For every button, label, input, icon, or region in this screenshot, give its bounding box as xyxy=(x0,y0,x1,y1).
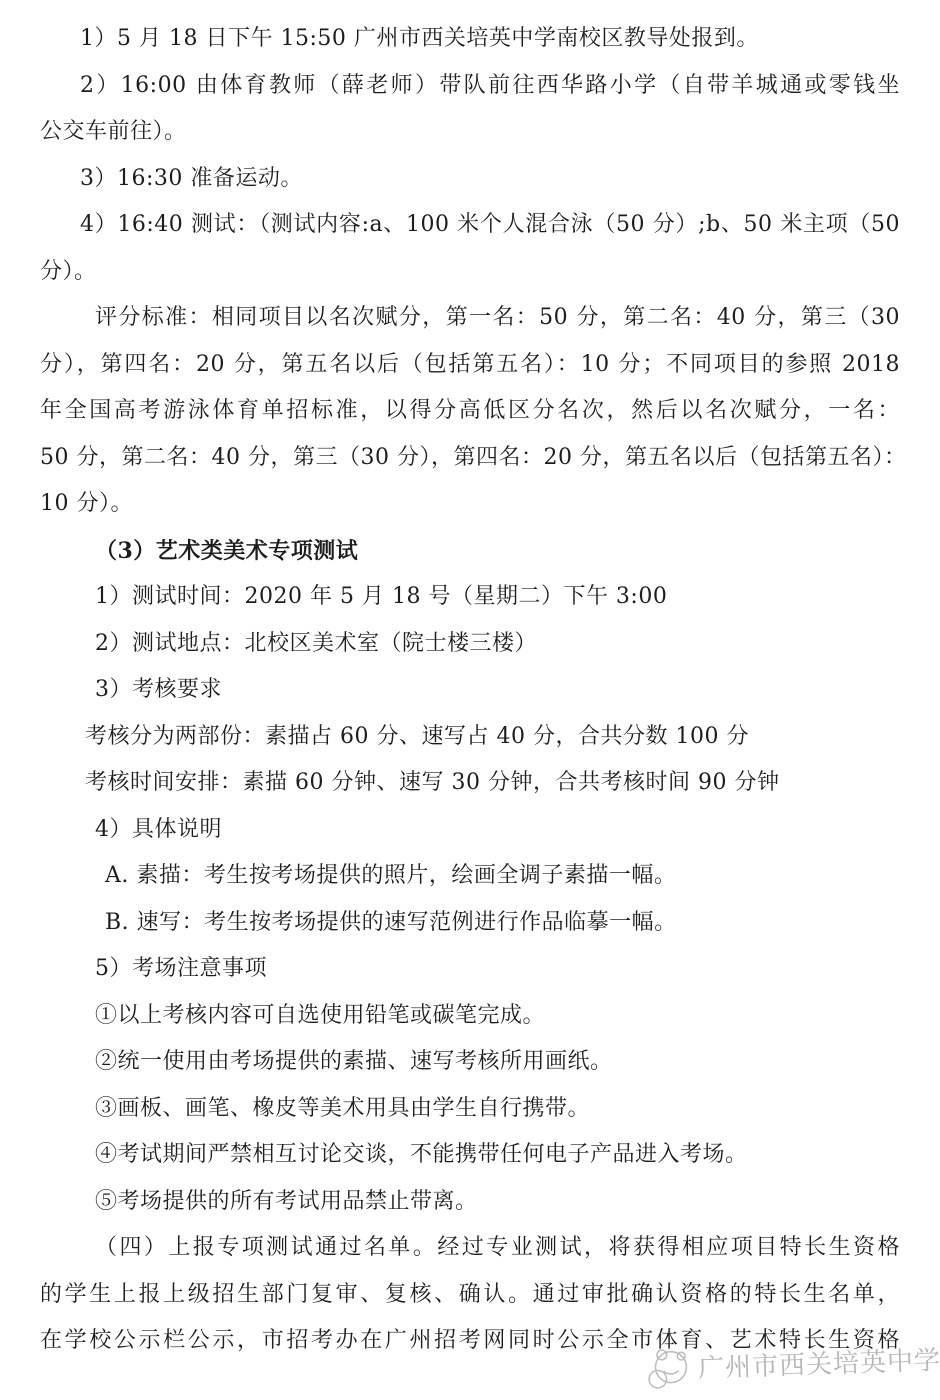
text-line: 考核分为两部份：素描占 60 分、速写占 40 分，合共分数 100 分 xyxy=(40,714,900,761)
text-line: 4）16:40 测试：（测试内容:a、100 米个人混合泳（50 分）;b、50… xyxy=(40,202,900,249)
text-line: 的学生上报上级招生部门复审、复核、确认。通过审批确认资格的特长生名单， xyxy=(40,1272,900,1319)
text-line: 4）具体说明 xyxy=(40,807,900,854)
text-line: 2）测试地点：北校区美术室（院士楼三楼） xyxy=(40,621,900,668)
text-line: ④考试期间严禁相互讨论交谈，不能携带任何电子产品进入考场。 xyxy=(40,1132,900,1179)
text-line: 50 分，第二名：40 分，第三（30 分），第四名：20 分，第五名以后（包括… xyxy=(40,435,900,482)
text-line: 5）考场注意事项 xyxy=(40,946,900,993)
text-line: 年全国高考游泳体育单招标准，以得分高低区分名次，然后以名次赋分，一名： xyxy=(40,388,900,435)
text-line: 公交车前往）。 xyxy=(40,109,900,156)
text-line: 分）。 xyxy=(40,249,900,296)
text-line: 考核时间安排：素描 60 分钟、速写 30 分钟，合共考核时间 90 分钟 xyxy=(40,760,900,807)
text-line: 在学校公示栏公示，市招考办在广州招考网同时公示全市体育、艺术特长生资格 xyxy=(40,1318,900,1365)
text-line: （四）上报专项测试通过名单。经过专业测试，将获得相应项目特长生资格 xyxy=(40,1225,900,1272)
text-line: 分），第四名：20 分，第五名以后（包括第五名）：10 分；不同项目的参照 20… xyxy=(40,342,900,389)
text-line: 评分标准：相同项目以名次赋分，第一名：50 分，第二名：40 分，第三（30 xyxy=(40,295,900,342)
text-line: 2）16:00 由体育教师（薛老师）带队前往西华路小学（自带羊城通或零钱坐 xyxy=(40,63,900,110)
text-line: ①以上考核内容可自选使用铅笔或碳笔完成。 xyxy=(40,993,900,1040)
text-line: 3）考核要求 xyxy=(40,667,900,714)
text-line: ②统一使用由考场提供的素描、速写考核所用画纸。 xyxy=(40,1039,900,1086)
text-line: ⑤考场提供的所有考试用品禁止带离。 xyxy=(40,1179,900,1226)
text-line: 3）16:30 准备运动。 xyxy=(40,156,900,203)
text-line: 1）测试时间：2020 年 5 月 18 号（星期二）下午 3:00 xyxy=(40,574,900,621)
text-line: B. 速写：考生按考场提供的速写范例进行作品临摹一幅。 xyxy=(40,900,900,947)
text-line: A. 素描：考生按考场提供的照片，绘画全调子素描一幅。 xyxy=(40,853,900,900)
text-line: ③画板、画笔、橡皮等美术用具由学生自行携带。 xyxy=(40,1086,900,1133)
text-line: 1）5 月 18 日下午 15:50 广州市西关培英中学南校区教导处报到。 xyxy=(40,16,900,63)
text-line: 10 分）。 xyxy=(40,481,900,528)
document-body: 1）5 月 18 日下午 15:50 广州市西关培英中学南校区教导处报到。2）1… xyxy=(40,16,900,1365)
document-page: 1）5 月 18 日下午 15:50 广州市西关培英中学南校区教导处报到。2）1… xyxy=(0,0,940,1400)
text-line: （3）艺术类美术专项测试 xyxy=(40,528,900,575)
